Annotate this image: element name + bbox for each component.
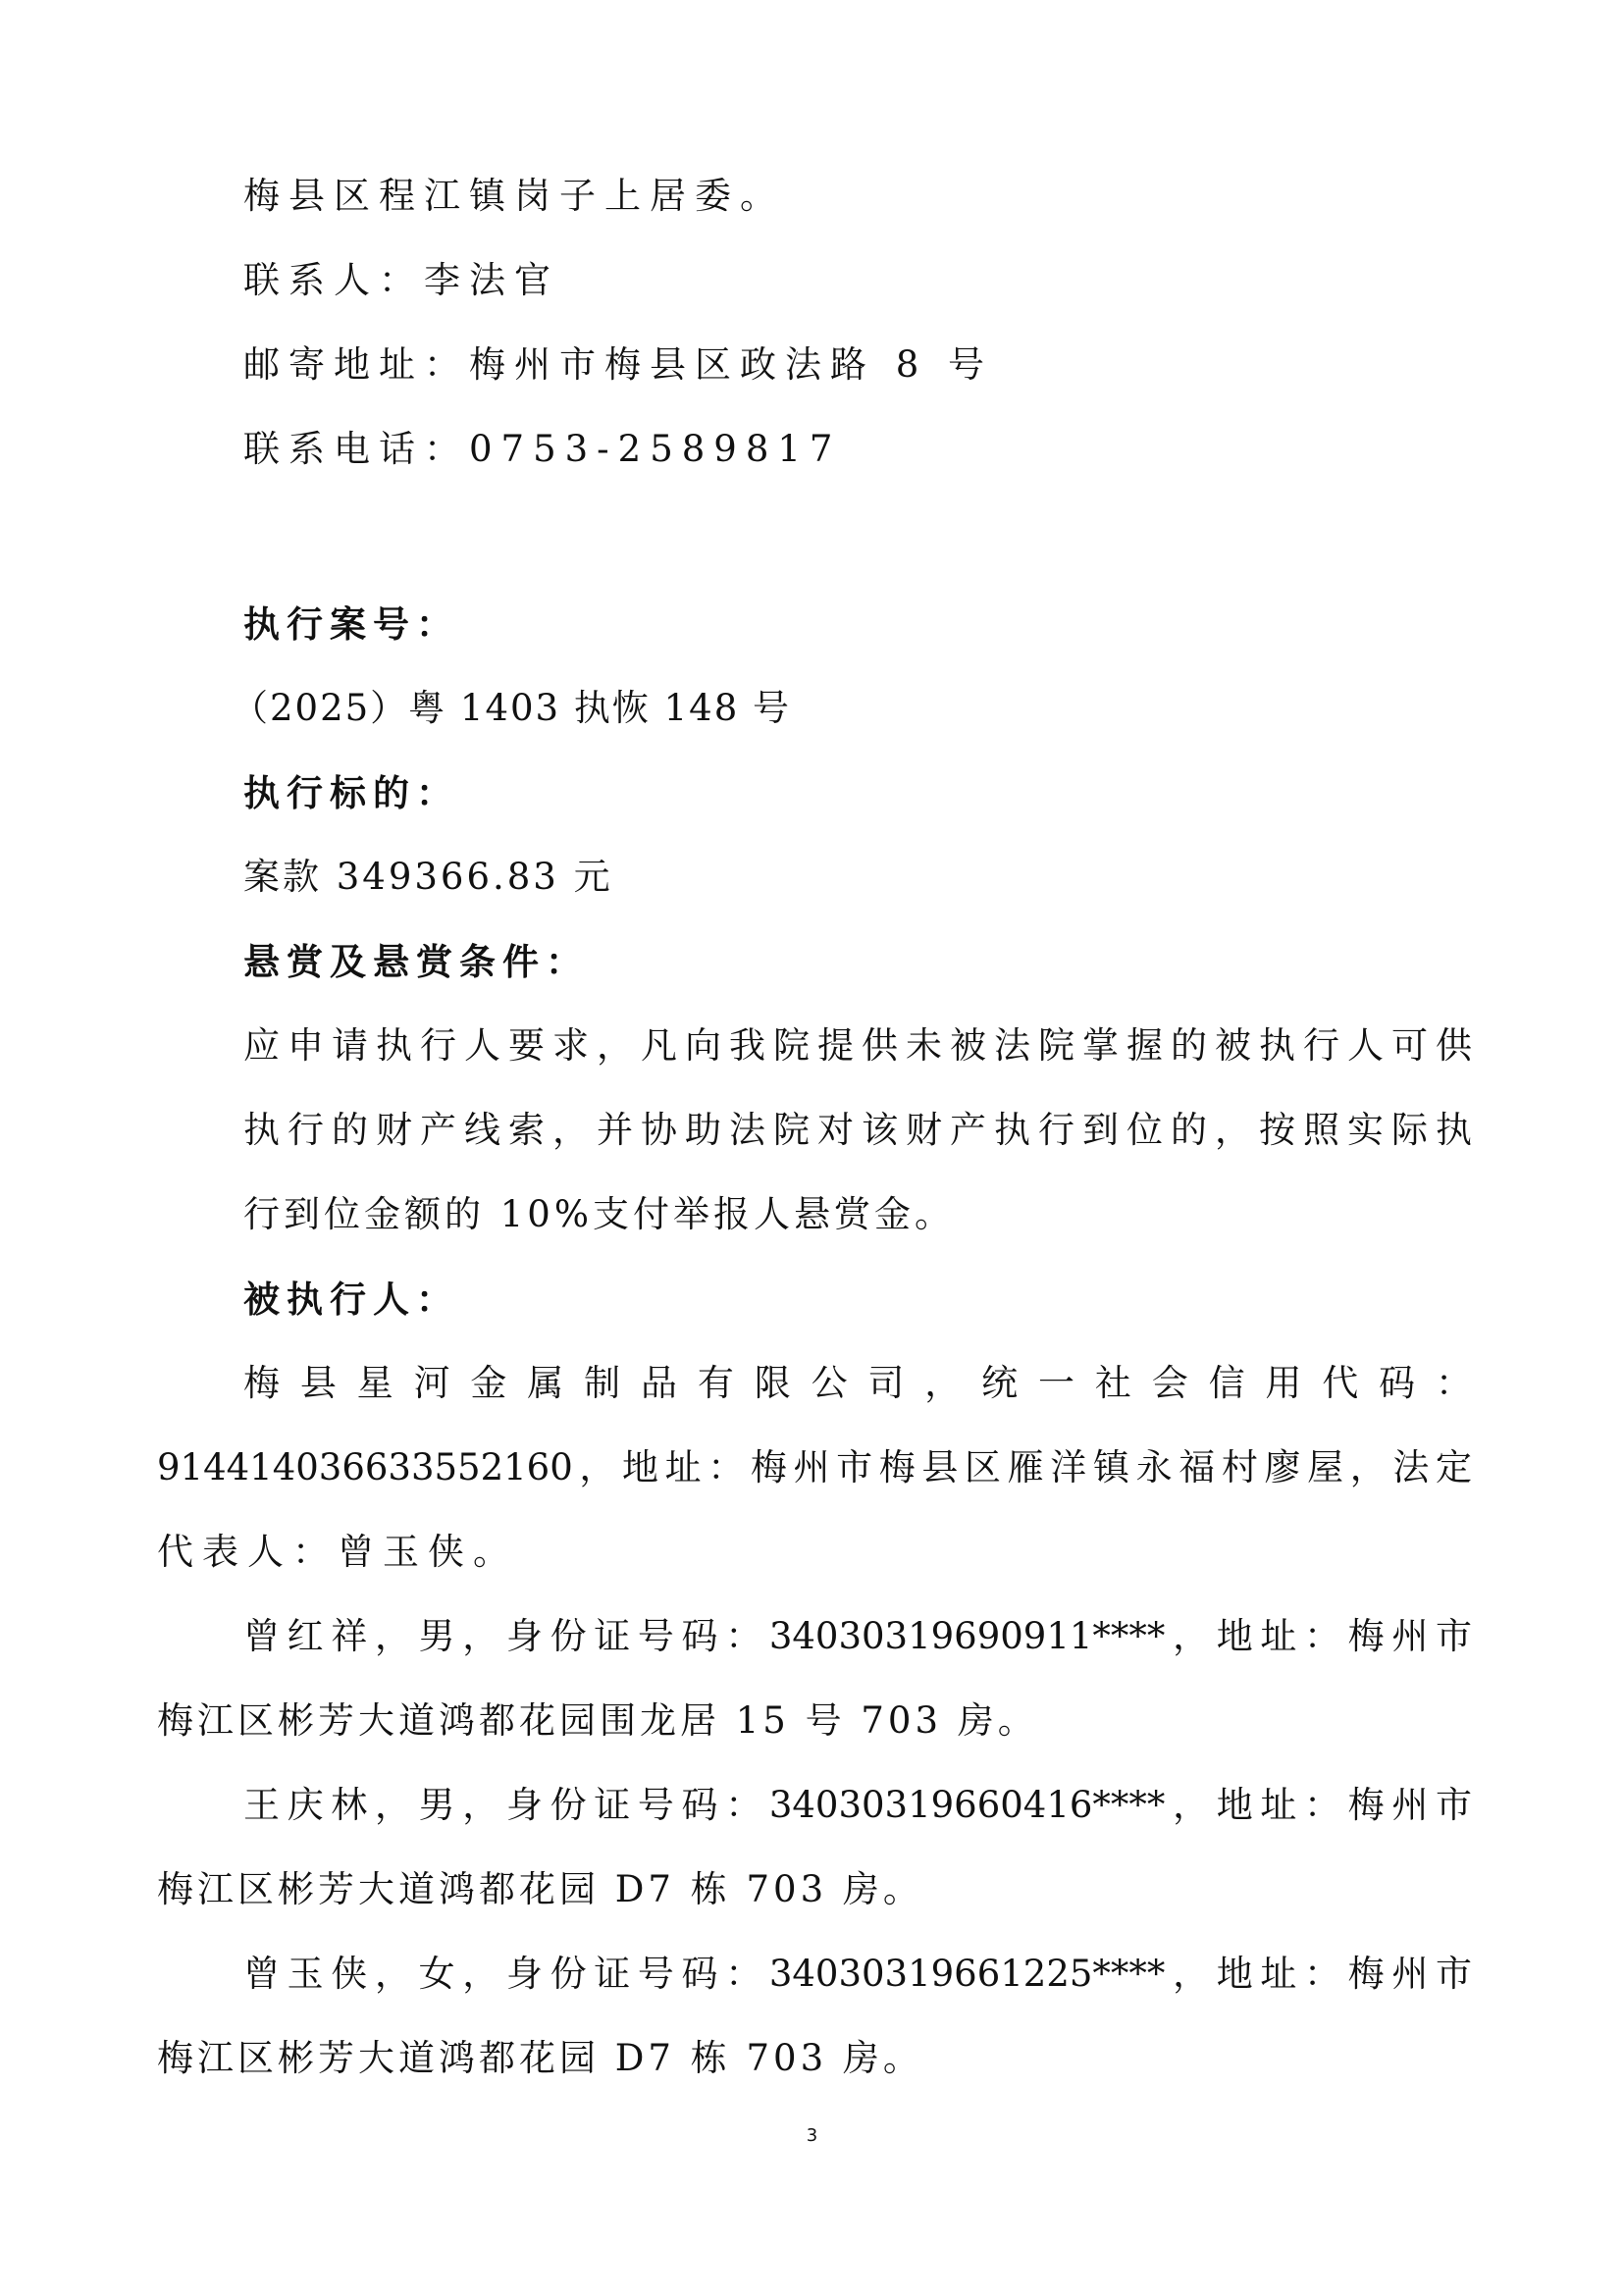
reward-text-line-2: 执行的财产线索，并协助法院对该财产执行到位的，按照实际执 (243, 1109, 1472, 1152)
respondent-3-line-1: 王庆林，男，身份证号码：34030319660416****，地址：梅州市 (243, 1784, 1472, 1827)
case-number: （2025）粤 1403 执恢 148 号 (232, 687, 1460, 730)
subject-amount: 案款 349366.83 元 (243, 856, 1472, 899)
case-number-heading: 执行案号： (243, 602, 1472, 646)
document-page: 梅县区程江镇岗子上居委。 联系人：李法官 邮寄地址：梅州市梅县区政法路 8 号 … (0, 0, 1624, 2296)
respondent-4-line-1: 曾玉侠，女，身份证号码：34030319661225****，地址：梅州市 (243, 1953, 1472, 1996)
reward-text-line-1: 应申请执行人要求，凡向我院提供未被法院掌握的被执行人可供 (243, 1024, 1472, 1068)
respondent-4-line-2: 梅江区彬芳大道鸿都花园 D7 栋 703 房。 (157, 2037, 1472, 2080)
address-continuation: 梅县区程江镇岗子上居委。 (243, 175, 1472, 218)
respondent-2-line-1: 曾红祥，男，身份证号码：34030319690911****，地址：梅州市 (243, 1615, 1472, 1658)
respondent-company-line-3: 代表人：曾玉侠。 (157, 1531, 1472, 1574)
reward-text-line-3: 行到位金额的 10%支付举报人悬赏金。 (243, 1193, 1472, 1236)
mailing-address: 邮寄地址：梅州市梅县区政法路 8 号 (243, 343, 1472, 387)
subject-heading: 执行标的： (243, 771, 1472, 814)
contact-phone: 联系电话：0753-2589817 (243, 428, 1472, 471)
respondents-heading: 被执行人： (243, 1278, 1472, 1321)
contact-person: 联系人：李法官 (243, 259, 1472, 302)
reward-heading: 悬赏及悬赏条件： (243, 940, 1472, 983)
respondent-2-line-2: 梅江区彬芳大道鸿都花园围龙居 15 号 703 房。 (157, 1699, 1472, 1743)
respondent-3-line-2: 梅江区彬芳大道鸿都花园 D7 栋 703 房。 (157, 1868, 1472, 1911)
page-number: 3 (0, 2125, 1624, 2146)
respondent-company-line-1: 梅县星河金属制品有限公司，统一社会信用代码： (243, 1362, 1472, 1405)
respondent-company-line-2: 914414036633552160，地址：梅州市梅县区雁洋镇永福村廖屋，法定 (157, 1446, 1472, 1489)
